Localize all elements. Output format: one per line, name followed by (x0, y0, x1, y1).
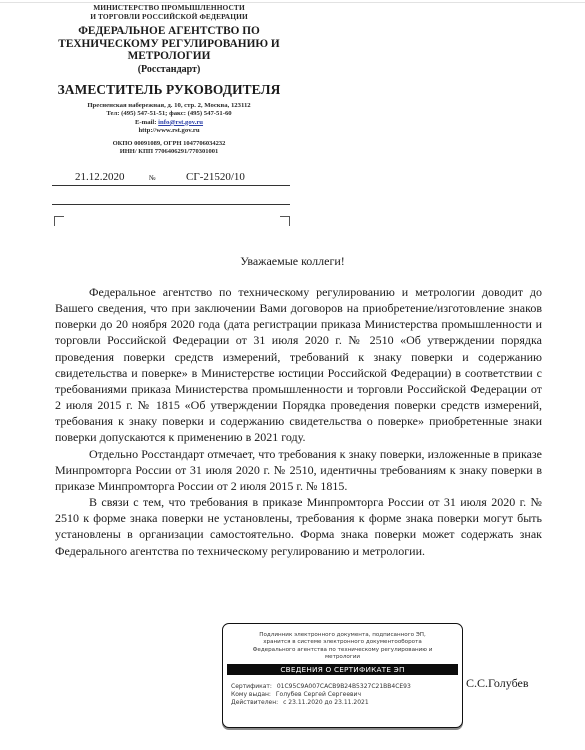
letter-body: Федеральное агентство по техническому ре… (55, 284, 542, 559)
salutation: Уважаемые коллеги! (0, 254, 585, 268)
body-paragraph-3: В связи с тем, что требования в приказе … (55, 494, 542, 559)
document-number: СГ-21520/10 (186, 170, 245, 185)
validity-value: с 23.11.2020 до 23.11.2021 (283, 699, 369, 706)
signer-name: С.С.Голубев (466, 676, 529, 690)
agency-short-name: (Росстандарт) (48, 64, 290, 77)
agency-name: ФЕДЕРАЛЬНОЕ АГЕНТСТВО ПО ТЕХНИЧЕСКОМУ РЕ… (48, 25, 290, 63)
okpo-ogrn: ОКПО 00091089, ОГРН 1047706034232 (48, 140, 290, 148)
certificate-details: Сертификат: 01C95C9A007CACB9B24B5327C21B… (223, 683, 462, 708)
ministry-name: МИНИСТЕРСТВО ПРОМЫШЛЕННОСТИ И ТОРГОВЛИ Р… (48, 3, 290, 21)
document-date: 21.12.2020 (75, 170, 125, 185)
agency-line-3: МЕТРОЛОГИИ (48, 50, 290, 63)
body-paragraph-1: Федеральное агентство по техническому ре… (55, 284, 542, 446)
stamp-note-line-2: хранится в системе электронного документ… (229, 639, 456, 646)
sender-position: ЗАМЕСТИТЕЛЬ РУКОВОДИТЕЛЯ (48, 82, 290, 97)
stamp-note-line-4: метрологии (229, 654, 456, 661)
inn-kpp: ИНН/ КПП 7706406291/770301001 (48, 148, 290, 156)
electronic-signature-stamp: Подлинник электронного документа, подпис… (222, 623, 463, 728)
ministry-line-1: МИНИСТЕРСТВО ПРОМЫШЛЕННОСТИ (48, 3, 290, 12)
agency-line-1: ФЕДЕРАЛЬНОЕ АГЕНТСТВО ПО (48, 25, 290, 38)
issued-to-row: Кому выдан: Голубев Сергей Сергеевич (231, 691, 462, 699)
ministry-line-2: И ТОРГОВЛИ РОССИЙСКОЙ ФЕДЕРАЦИИ (48, 12, 290, 21)
validity-label: Действителен: (231, 699, 278, 706)
agency-line-2: ТЕХНИЧЕСКОМУ РЕГУЛИРОВАНИЮ И (48, 38, 290, 51)
contacts-block: Пресненская набережная, д. 10, стр. 2, М… (48, 102, 290, 135)
registration-underline (52, 185, 290, 186)
body-paragraph-2: Отдельно Росстандарт отмечает, что требо… (55, 446, 542, 494)
website-link[interactable]: http://www.rst.gov.ru (48, 127, 290, 135)
registration-row: 21.12.2020 № СГ-21520/10 (52, 170, 290, 185)
issued-to-value: Голубев Сергей Сергеевич (276, 691, 361, 698)
email-link[interactable]: info@rst.gov.ru (158, 119, 203, 126)
issued-to-label: Кому выдан: (231, 691, 271, 698)
phone-fax: Тел: (495) 547-51-51; факс: (495) 547-51… (48, 110, 290, 118)
validity-row: Действителен: с 23.11.2020 до 23.11.2021 (231, 699, 462, 707)
certificate-row: Сертификат: 01C95C9A007CACB9B24B5327C21B… (231, 683, 462, 691)
certificate-banner: СВЕДЕНИЯ О СЕРТИФИКАТЕ ЭП (227, 664, 458, 675)
certificate-value: 01C95C9A007CACB9B24B5327C21BB4CE93 (277, 683, 411, 690)
letterhead: МИНИСТЕРСТВО ПРОМЫШЛЕННОСТИ И ТОРГОВЛИ Р… (48, 3, 290, 156)
registry-codes: ОКПО 00091089, ОГРН 1047706034232 ИНН/ К… (48, 140, 290, 156)
number-sign: № (149, 171, 156, 186)
certificate-label: Сертификат: (231, 683, 272, 690)
stamp-original-note: Подлинник электронного документа, подпис… (223, 632, 462, 662)
stamp-note-line-1: Подлинник электронного документа, подпис… (229, 632, 456, 639)
email-label: E-mail: (135, 119, 158, 126)
reference-underline (52, 204, 290, 205)
address: Пресненская набережная, д. 10, стр. 2, М… (48, 102, 290, 110)
email-line: E-mail: info@rst.gov.ru (48, 119, 290, 127)
addressee-corner-right (280, 216, 290, 226)
stamp-note-line-3: Федерального агентства по техническому р… (229, 647, 456, 654)
addressee-corner-left (54, 216, 64, 226)
